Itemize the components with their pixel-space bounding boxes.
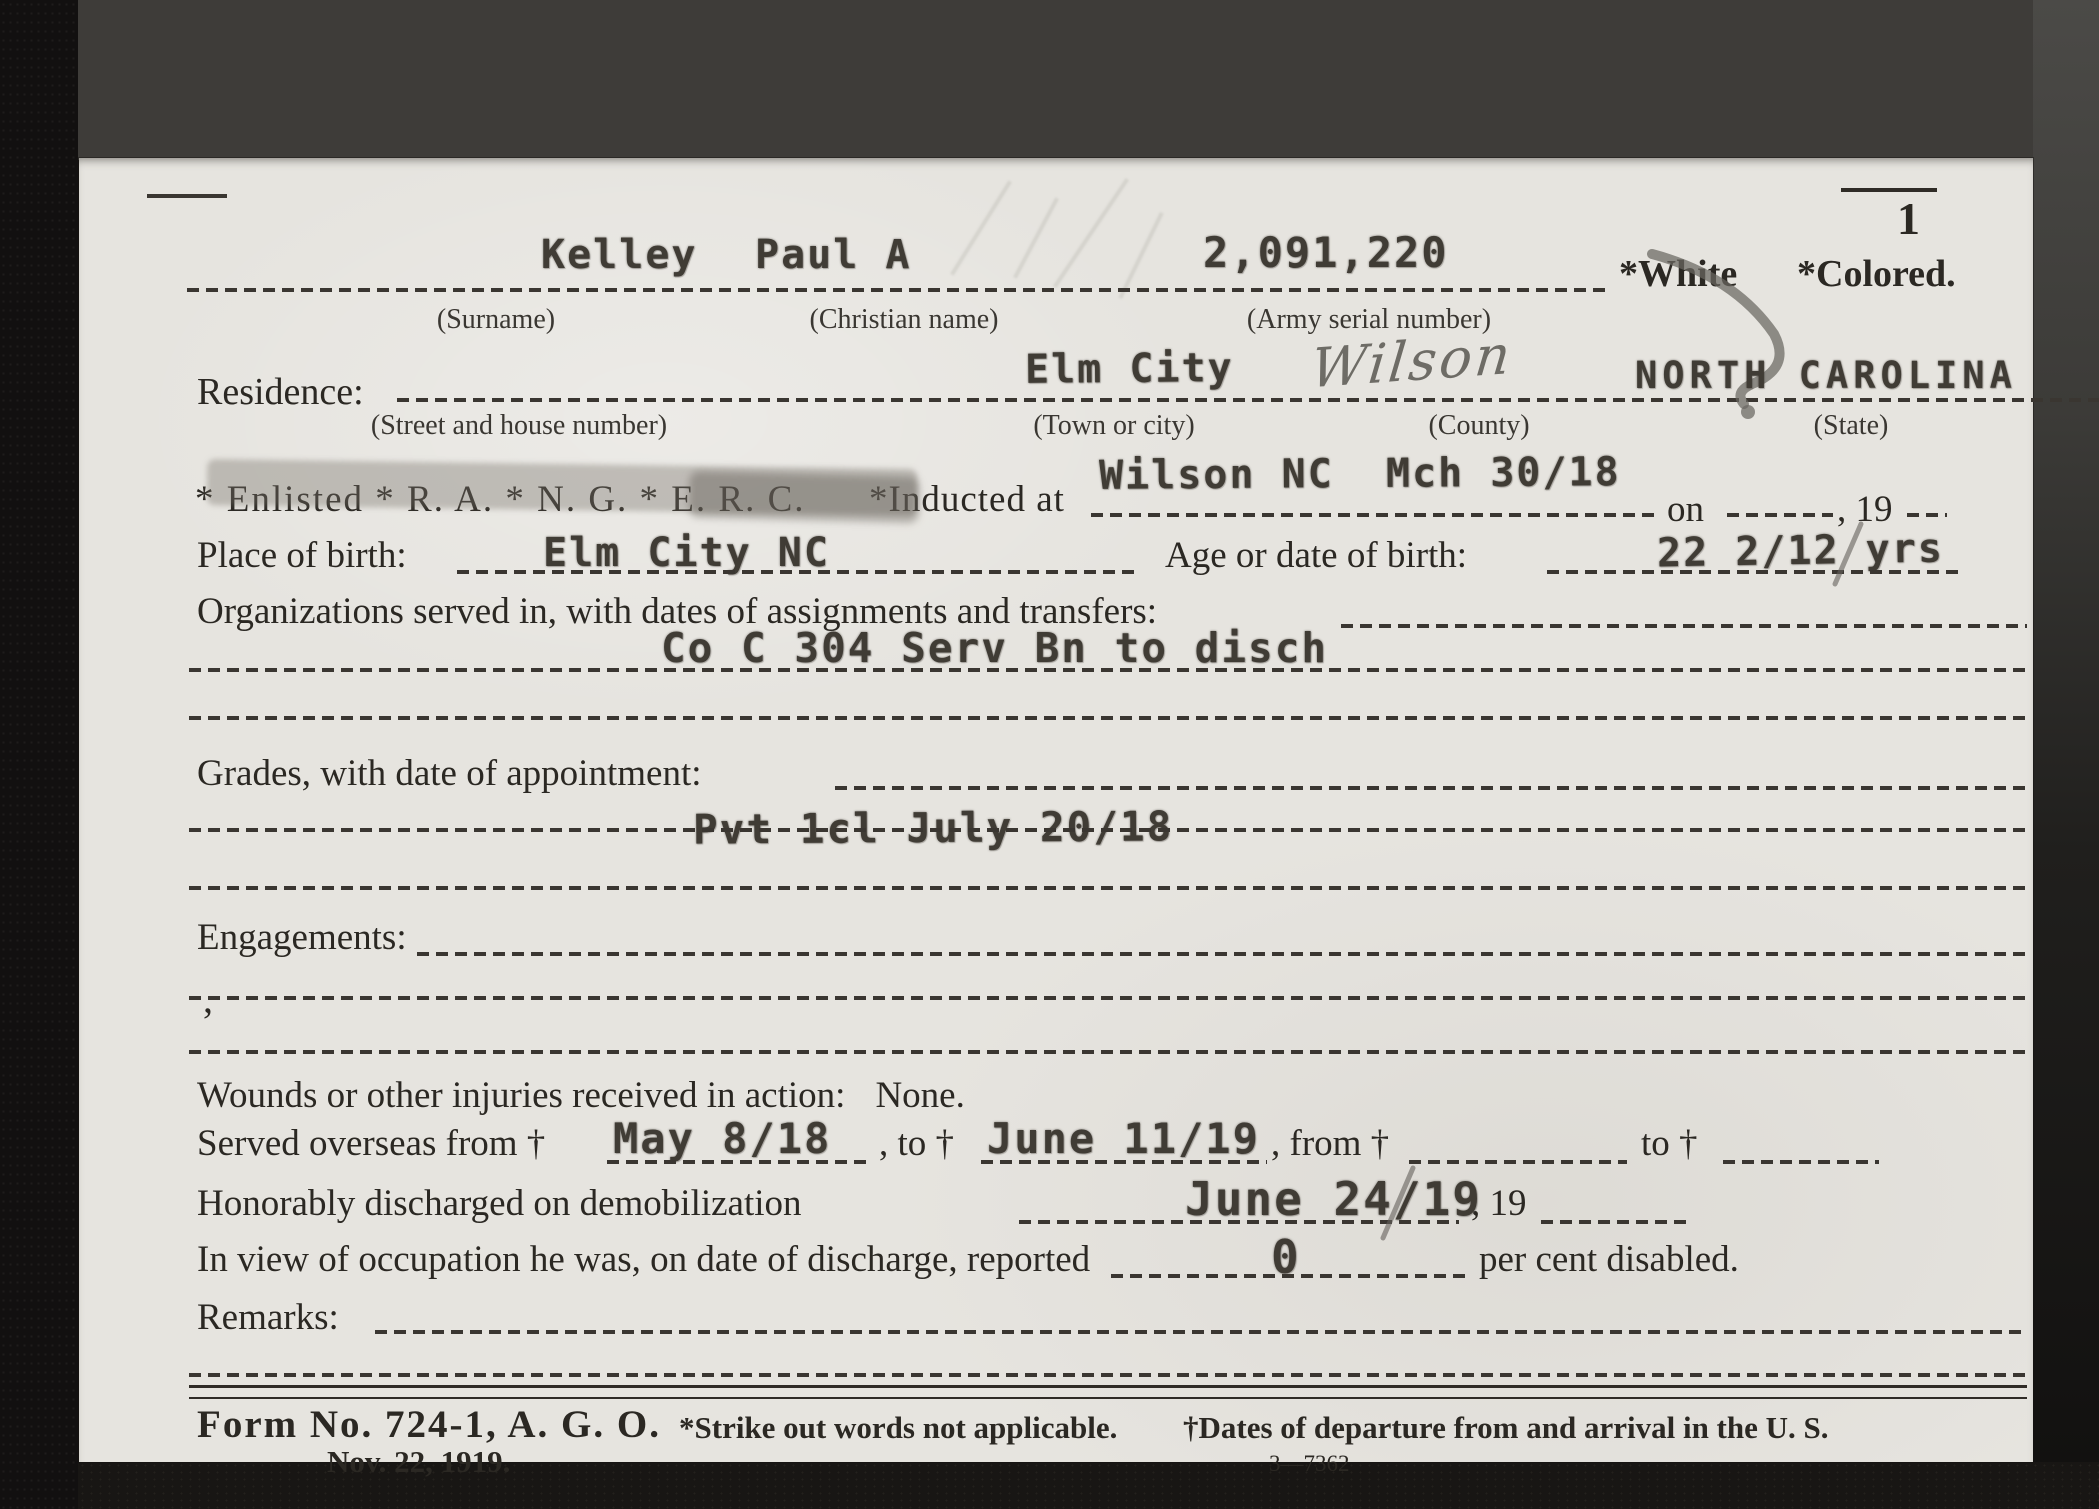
pencil-smudge: [1118, 212, 1163, 299]
dashed-line: [835, 786, 2027, 790]
pencil-slash-mark: [1819, 520, 1879, 590]
residence-state-value: NORTH CAROLINA: [1635, 354, 2017, 397]
pencil-slash-mark: [1369, 1164, 1429, 1244]
dashed-line: [1541, 1220, 1689, 1224]
disability-label: In view of occupation he was, on date of…: [197, 1238, 1090, 1281]
pencil-strikeout-blob: [688, 471, 919, 523]
age-label: Age or date of birth:: [1165, 534, 1467, 577]
footer-rule: [189, 1385, 2027, 1399]
organizations-value: Co C 304 Serv Bn to disch: [661, 624, 1328, 672]
inducted-at-value: Wilson NC Mch 30/18: [1099, 449, 1621, 499]
dashed-line: [1091, 513, 1657, 517]
pencil-smudge: [950, 180, 1012, 275]
stray-comma-mark: ’: [201, 998, 214, 1045]
dashed-line: [417, 952, 2027, 956]
dashed-line: [1723, 1160, 1879, 1164]
surname-label: (Surname): [437, 304, 555, 336]
overseas-to2-label: to †: [1641, 1122, 1698, 1165]
wounds-row: Wounds or other injuries received in act…: [197, 1074, 965, 1117]
dashed-line: [457, 570, 1139, 574]
dashed-line: [189, 668, 2027, 672]
residence-town-value: Elm City: [1025, 345, 1234, 393]
remarks-label: Remarks:: [197, 1296, 339, 1339]
dashed-line: [1547, 570, 1965, 574]
residence-label: Residence:: [197, 370, 364, 414]
corner-dash-mark: [147, 194, 227, 198]
dashed-line: [1111, 1274, 1471, 1278]
dashed-line: [189, 1050, 2027, 1054]
page-number-rule: [1841, 188, 1937, 192]
christian-name-value: Paul A: [755, 232, 912, 278]
christian-name-label: (Christian name): [810, 304, 999, 336]
page-number: 1: [1897, 192, 1920, 245]
age-value: 22 2/12 yrs: [1657, 525, 1945, 576]
dashed-line: [189, 1373, 2027, 1377]
residence-county-value: Wilson: [1308, 323, 1516, 401]
dagger-note: †Dates of departure from and arrival in …: [1183, 1410, 1829, 1446]
discharge-value: June 24/19: [1185, 1172, 1482, 1226]
form-date: Nov. 22, 1919.: [327, 1444, 510, 1480]
overseas-from2-label: , from †: [1271, 1122, 1389, 1165]
discharge-label: Honorably discharged on demobilization: [197, 1182, 802, 1225]
dashed-line: [1409, 1160, 1627, 1164]
overseas-to-value: June 11/19: [987, 1114, 1260, 1163]
dashed-line: [189, 828, 2027, 832]
dashed-line: [1341, 624, 2027, 628]
dashed-line: [1907, 513, 1947, 517]
overseas-from-value: May 8/18: [613, 1114, 831, 1163]
place-of-birth-label: Place of birth:: [197, 534, 407, 577]
street-label: (Street and house number): [371, 410, 667, 442]
dashed-line: [189, 996, 2027, 1000]
serial-number-value: 2,091,220: [1203, 228, 1449, 277]
town-label: (Town or city): [1033, 410, 1194, 442]
disability-suffix-label: per cent disabled.: [1479, 1238, 1739, 1281]
scanner-background-left: [0, 0, 78, 1509]
dashed-line: [981, 1160, 1267, 1164]
dashed-line: [187, 288, 1611, 292]
pencil-smudge: [1053, 178, 1129, 288]
pencil-check-mark: [1624, 246, 1864, 436]
county-label: (County): [1428, 410, 1529, 442]
scanner-background-right: [2033, 0, 2099, 1465]
service-record-card: 1 Kelley Paul A 2,091,220 *White *Colore…: [79, 158, 2033, 1462]
dashed-line: [189, 886, 2027, 890]
strike-note: *Strike out words not applicable.: [679, 1410, 1117, 1446]
engagements-label: Engagements:: [197, 916, 407, 959]
inducted-on-label: on: [1667, 488, 1704, 531]
pencil-smudge: [1013, 197, 1059, 278]
form-number: Form No. 724-1, A. G. O.: [197, 1402, 661, 1447]
dashed-line: [607, 1160, 873, 1164]
surname-value: Kelley: [541, 232, 698, 278]
wounds-label: Wounds or other injuries received in act…: [197, 1075, 845, 1116]
print-code: 3—7362: [1269, 1451, 1350, 1477]
grades-label: Grades, with date of appointment:: [197, 752, 702, 795]
scanner-background-top: [78, 0, 2099, 160]
dashed-line: [1727, 513, 1833, 517]
overseas-from-label: Served overseas from †: [197, 1122, 545, 1165]
dashed-line: [189, 716, 2027, 720]
overseas-to-label: , to †: [879, 1122, 954, 1165]
dashed-line: [375, 1330, 2027, 1334]
wounds-value: None.: [875, 1075, 964, 1116]
